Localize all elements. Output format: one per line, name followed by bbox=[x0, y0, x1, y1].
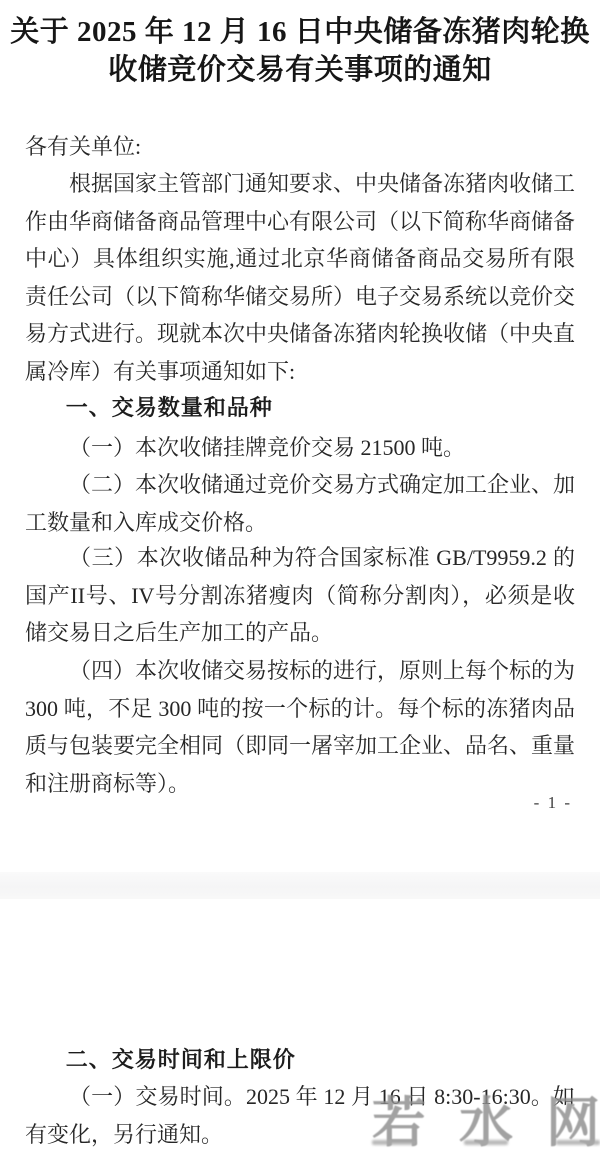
document-title-line2: 收储竞价交易有关事项的通知 bbox=[0, 51, 600, 89]
document-title: 关于 2025 年 12 月 16 日中央储备冻猪肉轮换 收储竞价交易有关事项的… bbox=[0, 13, 600, 89]
scanned-notice-page: { "document": { "title_line1": "关于 2025 … bbox=[0, 0, 600, 1149]
page-number: - 1 - bbox=[534, 793, 572, 813]
section2-item-1: （一）交易时间。2025 年 12 月 16 日 8:30-16:30。如有变化… bbox=[25, 1078, 575, 1149]
section1-heading: 一、交易数量和品种 bbox=[25, 389, 575, 427]
section2-heading: 二、交易时间和上限价 bbox=[25, 1041, 575, 1079]
section1-item-3: （三）本次收储品种为符合国家标准 GB/T9959.2 的国产II号、IV号分割… bbox=[25, 539, 575, 652]
intro-paragraph: 根据国家主管部门通知要求、中央储备冻猪肉收储工作由华商储备商品管理中心有限公司（… bbox=[25, 165, 575, 391]
section1-item-1: （一）本次收储挂牌竞价交易 21500 吨。 bbox=[25, 429, 575, 467]
document-title-line1: 关于 2025 年 12 月 16 日中央储备冻猪肉轮换 bbox=[0, 13, 600, 51]
page-gap-divider bbox=[0, 872, 600, 899]
section1-item-4: （四）本次收储交易按标的进行，原则上每个标的为 300 吨，不足 300 吨的按… bbox=[25, 652, 575, 802]
section1-item-2: （二）本次收储通过竞价交易方式确定加工企业、加工数量和入库成交价格。 bbox=[25, 466, 575, 541]
salutation: 各有关单位: bbox=[25, 128, 575, 166]
